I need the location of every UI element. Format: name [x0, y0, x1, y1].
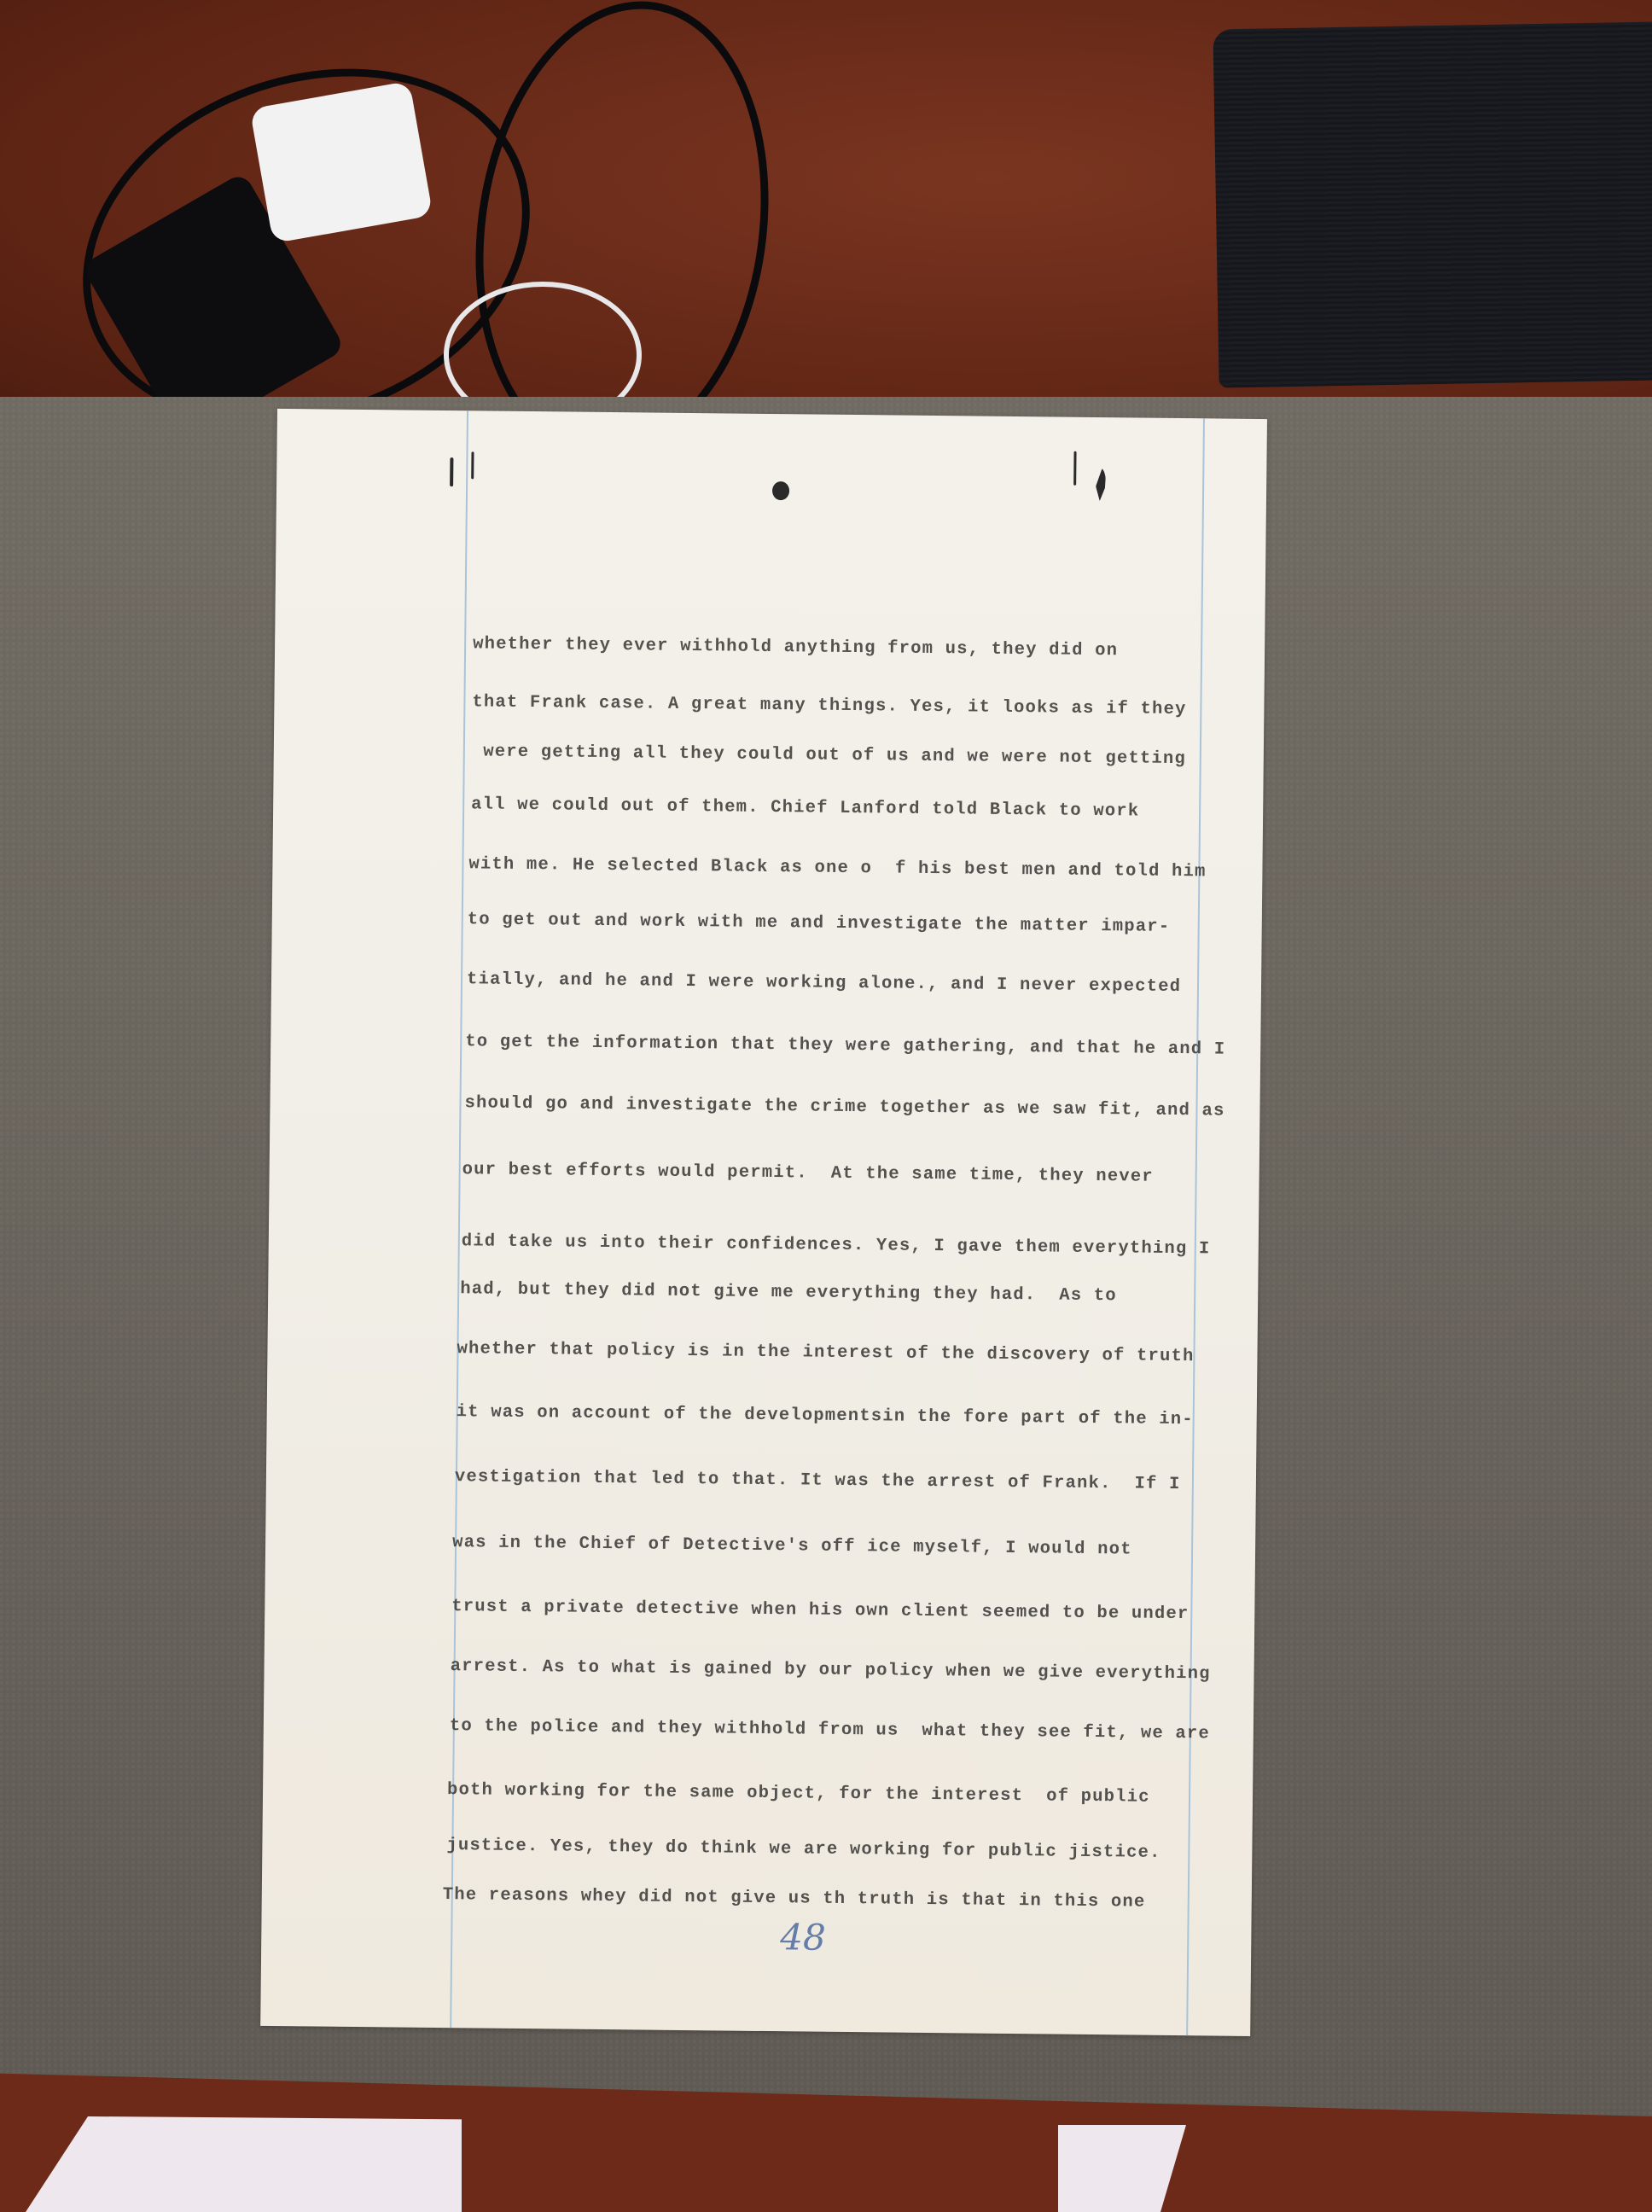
typed-line: was in the Chief of Detective's off ice …	[452, 1533, 1132, 1559]
typed-line: to the police and they withhold from us …	[450, 1716, 1210, 1743]
typed-line: tially, and he and I were working alone.…	[467, 969, 1181, 997]
typed-line: it was on account of the developmentsin …	[457, 1402, 1194, 1429]
typed-line: whether they ever withhold anything from…	[473, 634, 1118, 661]
typed-line: vestigation that led to that. It was the…	[455, 1467, 1181, 1494]
typed-line: had, but they did not give me everything…	[460, 1279, 1117, 1306]
light-reflection	[1058, 2125, 1186, 2212]
typed-line: to get out and work with me and investig…	[468, 910, 1171, 937]
typed-line: our best efforts would permit. At the sa…	[462, 1160, 1154, 1186]
typed-line: trust a private detective when his own c…	[451, 1597, 1189, 1624]
typed-line: to get the information that they were ga…	[465, 1032, 1225, 1059]
typed-line: were getting all they could out of us an…	[472, 742, 1186, 769]
typed-text-body: whether they ever withhold anything from…	[260, 409, 1267, 2036]
typed-line: justice. Yes, they do think we are worki…	[446, 1836, 1160, 1863]
typed-line: with me. He selected Black as one o f hi…	[468, 854, 1206, 882]
light-reflection	[26, 2116, 649, 2212]
typed-line: all we could out of them. Chief Lanford …	[471, 795, 1139, 821]
typed-line: that Frank case. A great many things. Ye…	[472, 692, 1186, 719]
typed-line: should go and investigate the crime toge…	[464, 1093, 1224, 1121]
typed-line: did take us into their confidences. Yes,…	[462, 1231, 1211, 1259]
typed-line: both working for the same object, for th…	[447, 1780, 1150, 1807]
typewritten-page: whether they ever withhold anything from…	[260, 409, 1267, 2036]
tablet-case	[1213, 21, 1652, 387]
typed-line: whether that policy is in the interest o…	[457, 1339, 1194, 1366]
power-adapter	[250, 81, 433, 244]
typed-line: arrest. As to what is gained by our poli…	[450, 1656, 1210, 1684]
handwritten-page-number: 48	[780, 1916, 826, 1959]
typed-line: The reasons whey did not give us th trut…	[443, 1885, 1146, 1912]
